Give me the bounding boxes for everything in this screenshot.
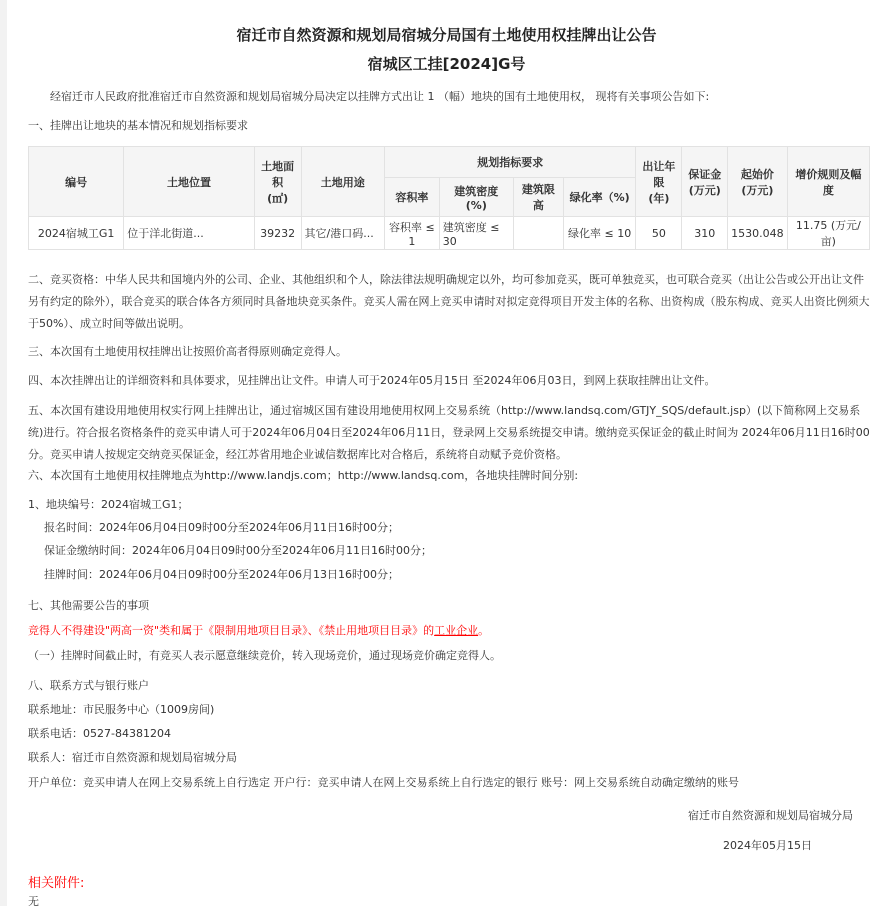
attachments-value: 无 [28,893,39,906]
col-density: 建筑密度(%) [439,178,513,217]
col-planning-group: 规划指标要求 [385,147,636,178]
signature-org: 宿迁市自然资源和规划局宿城分局 [688,807,853,823]
section7-title: 七、其他需要公告的事项 [28,598,149,614]
intro-text: 经宿迁市人民政府批准宿迁市自然资源和规划局宿城分局决定以挂牌方式出让 1 （幅）… [50,89,709,105]
section1-title: 一、挂牌出让地块的基本情况和规划指标要求 [28,118,248,134]
land-table: 编号 土地位置 土地面积(㎡) 土地用途 规划指标要求 出让年限(年) 保证金(… [28,146,870,250]
cell-green: 绿化率 ≤ 10 [563,217,636,250]
cell-location: 位于洋北街道... [124,217,255,250]
deposit-time: 保证金缴纳时间：2024年06月04日09时00分至2024年06月11日16时… [44,543,432,559]
cell-use: 其它/港口码... [301,217,385,250]
section4-text: 四、本次挂牌出让的详细资料和具体要求，见挂牌出让文件。申请人可于2024年05月… [28,373,715,389]
cell-start-price: 1530.048 [728,217,788,250]
page-subtitle: 宿城区工挂[2024]G号 [0,53,893,74]
cell-area: 39232 [254,217,301,250]
col-deposit: 保证金(万元) [682,147,728,217]
listing-time: 挂牌时间：2024年06月04日09时00分至2024年06月13日16时00分… [44,567,399,583]
section7-item1: （一）挂牌时间截止时，有竞买人表示愿意继续竞价，转入现场竞价，通过现场竞价确定竞… [28,648,501,664]
col-height-limit: 建筑限高 [513,178,563,217]
contact-phone: 联系电话：0527-84381204 [28,726,171,742]
table-row: 2024宿城工G1 位于洋北街道... 39232 其它/港口码... 容积率 … [29,217,870,250]
section6-text: 六、本次国有土地使用权挂牌地点为http://www.landjs.com；ht… [28,468,578,484]
col-far: 容积率 [385,178,440,217]
col-start-price: 起始价(万元) [728,147,788,217]
cell-increment: 11.75 (万元/亩) [787,217,869,250]
section8-title: 八、联系方式与银行账户 [28,678,149,694]
parcel-code-link[interactable]: 2024宿城工G1 [29,217,124,250]
col-location: 土地位置 [124,147,255,217]
col-code: 编号 [29,147,124,217]
section7-red-notice: 竞得人不得建设"两高一资"类和属于《限制用地项目目录》、《禁止用地项目目录》的工… [28,623,489,639]
attachments-label: 相关附件: [28,872,84,891]
contact-account: 开户单位：竞买申请人在网上交易系统上自行选定 开户行：竞买申请人在网上交易系统上… [28,775,739,791]
contact-address: 联系地址：市民服务中心（1009房间) [28,702,214,718]
registration-time: 报名时间：2024年06月04日09时00分至2024年06月11日16时00分… [44,520,399,536]
parcel-number: 1、地块编号：2024宿城工G1； [28,497,189,513]
cell-height-limit [513,217,563,250]
col-area: 土地面积(㎡) [254,147,301,217]
left-gutter [0,0,7,906]
col-green: 绿化率（%) [563,178,636,217]
signature-date: 2024年05月15日 [723,837,812,853]
cell-density: 建筑密度 ≤ 30 [439,217,513,250]
col-use: 土地用途 [301,147,385,217]
col-increment: 增价规则及幅度 [787,147,869,217]
contact-person: 联系人：宿迁市自然资源和规划局宿城分局 [28,750,237,766]
cell-far: 容积率 ≤ 1 [385,217,440,250]
cell-term: 50 [636,217,682,250]
section5-text: 五、本次国有建设用地使用权实行网上挂牌出让，通过宿城区国有建设用地使用权网上交易… [28,400,870,466]
industrial-enterprise-link[interactable]: 工业企业 [434,624,478,637]
col-term: 出让年限(年) [636,147,682,217]
page-title: 宿迁市自然资源和规划局宿城分局国有土地使用权挂牌出让公告 [0,24,893,45]
cell-deposit: 310 [682,217,728,250]
section2-text: 二、竞买资格：中华人民共和国境内外的公司、企业、其他组织和个人，除法律法规明确规… [28,269,870,335]
section3-text: 三、本次国有土地使用权挂牌出让按照价高者得原则确定竞得人。 [28,344,347,360]
